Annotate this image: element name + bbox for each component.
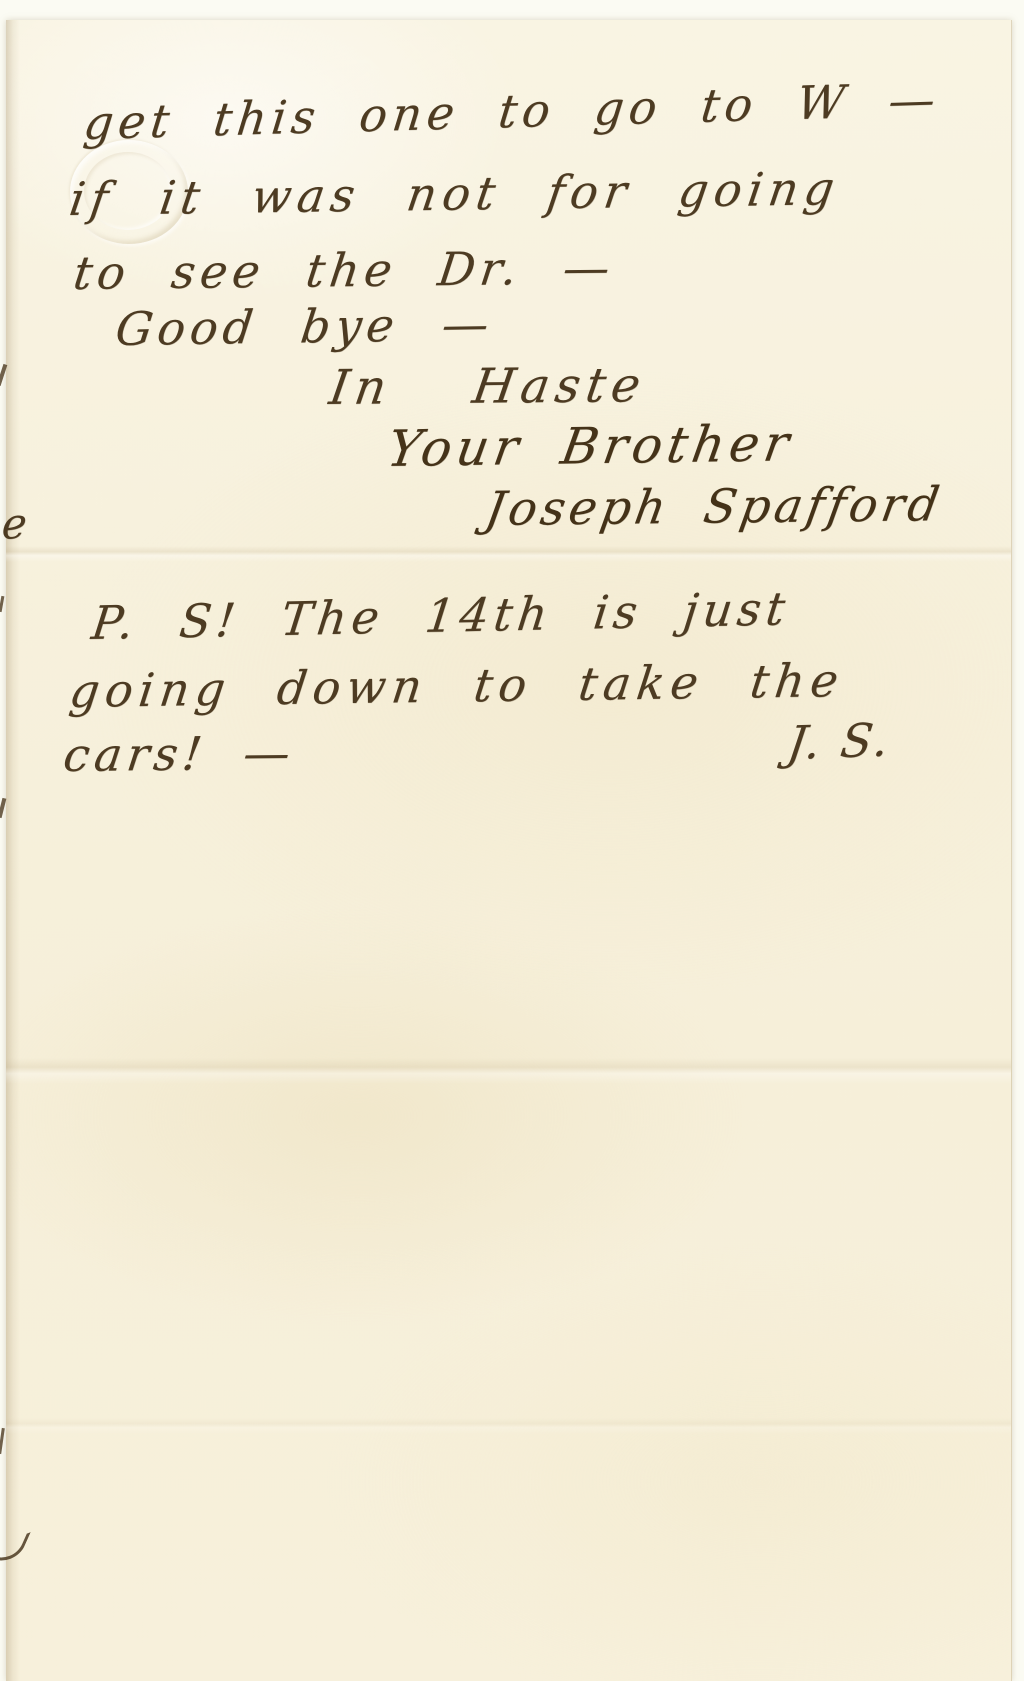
closing-in-haste: In Haste: [326, 357, 650, 416]
body-line-goodbye: Good bye —: [113, 297, 497, 356]
postscript-line-3: cars! —: [60, 726, 298, 782]
stray-ink-letter-fragment: e: [0, 498, 28, 549]
fold-crease: [6, 546, 1011, 562]
signature-joseph-spafford: Joseph Spafford: [481, 477, 946, 537]
postscript-line-2: going down to take the: [67, 653, 848, 718]
letter-scan-page: get this one to go to W — if it was not …: [0, 0, 1024, 1681]
postscript-initials: J. S.: [784, 712, 895, 770]
closing-your-brother: Your Brother: [383, 414, 798, 478]
body-line-3: to see the Dr. —: [70, 240, 617, 300]
fold-crease: [6, 1418, 1011, 1434]
body-line-2: if it was not for going: [66, 161, 844, 226]
fold-crease: [6, 1058, 1011, 1084]
stray-ink-mark: [0, 1428, 5, 1454]
stray-ink-mark: [0, 596, 4, 612]
